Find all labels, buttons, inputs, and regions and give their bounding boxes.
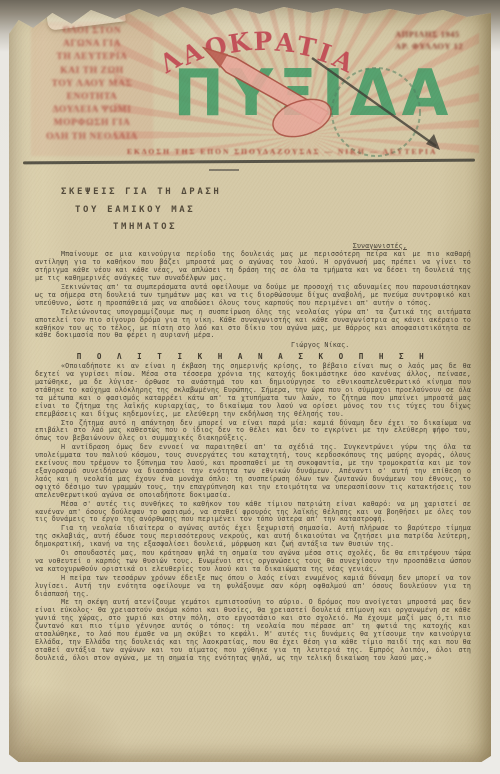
arched-title-letter: Α — [274, 28, 296, 59]
article-section-heading: Π Ο Λ Ι Τ Ι Κ Η Α Ν Α Σ Κ Ο Π Η Σ Η — [35, 353, 471, 361]
article-para: Στο ζήτημα αυτό η απάντηση δεν μπορεί να… — [35, 420, 471, 444]
article-signature: Γιώργος Νίκας. — [35, 342, 471, 350]
article-body: ΣΚΕΨΕΙΣ ΓΙΑ ΤΗ ΔΡΑΣΗ ΤΟΥ ΕΑΜΙΚΟΥ ΜΑΣ ΤΜΗ… — [35, 180, 471, 762]
arched-title-letter: Κ — [227, 27, 253, 59]
newspaper-title: ΠΥΞΙΔΑ — [127, 60, 500, 127]
article-para: Μέσα σ' αυτές τις συνθήκες το καθήκον το… — [35, 501, 471, 525]
masthead: ΟΛΟΙ ΣΤΟΝΑΓΩΝΑ ΓΙΑΤΗ ΛΕΥΤΕΡΙΑΚΑΙ ΤΗ ΖΩΗΤ… — [9, 4, 491, 176]
text-line: ΑΡ. ΦΥΛΛΟΥ 12 — [395, 40, 477, 52]
text-line: ΟΛΗ ΤΗ ΝΕΟΛΑΙΑ — [33, 131, 151, 144]
masthead-subtitle: ΕΚΔΟΣΗ ΤΗΣ ΕΠΟΝ ΣΠΟΥΔΑΖΟΥΣΑΣ — ΝΙΚΗ — ΛΕ… — [127, 147, 479, 156]
text-line: ΑΠΡΙΛΗΣ 1945 — [395, 28, 477, 40]
article-heading-line: ΣΚΕΨΕΙΣ ΓΙΑ ΤΗ ΔΡΑΣΗ — [61, 187, 221, 197]
text-line: ΟΛΟΙ ΣΤΟΝ — [33, 25, 151, 38]
article-para: Με τη σκέψη αυτή ατενίζουμε γεμάτοι εμπι… — [35, 599, 471, 662]
document-page: ΟΛΟΙ ΣΤΟΝΑΓΩΝΑ ΓΙΑΤΗ ΛΕΥΤΕΡΙΑΚΑΙ ΤΗ ΖΩΗΤ… — [9, 4, 491, 762]
article-heading-line: ΤΟΥ ΕΑΜΙΚΟΥ ΜΑΣ — [75, 202, 471, 220]
article-para: Τελειώνοντας υπογραμμίζουμε πως η συσπεί… — [35, 309, 471, 341]
article-heading-line: ΤΜΗΜΑΤΟΣ — [113, 219, 471, 237]
article-para: Η αντίδραση όμως δεν εννοεί να παραιτηθε… — [35, 444, 471, 499]
text-line: ΑΓΩΝΑ ΓΙΑ — [33, 38, 151, 51]
arched-title-letter: Ρ — [253, 27, 273, 57]
issue-date-block: ΑΠΡΙΛΗΣ 1945ΑΡ. ΦΥΛΛΟΥ 12 — [395, 28, 477, 52]
scanned-leaflet: ΟΛΟΙ ΣΤΟΝΑΓΩΝΑ ΓΙΑΤΗ ΛΕΥΤΕΡΙΑΚΑΙ ΤΗ ΖΩΗΤ… — [0, 0, 500, 774]
article-para: Ξεκινώντας απ' τα συμπεράσματα αυτά οφεί… — [35, 284, 471, 308]
article-para: Οι σπουδαστές μας, που κράτησαν ψηλά τη … — [35, 550, 471, 574]
masthead-rule — [23, 159, 475, 165]
article-heading: ΣΚΕΨΕΙΣ ΓΙΑ ΤΗ ΔΡΑΣΗ ΤΟΥ ΕΑΜΙΚΟΥ ΜΑΣ ΤΜΗ… — [61, 184, 471, 237]
article-salutation: Συναγωνιστές, — [35, 243, 471, 251]
article-paragraphs: Συναγωνιστές,Μπαίνουμε σε μια καινούργια… — [35, 243, 471, 663]
article-para: Μπαίνουμε σε μια καινούργια περίοδο της … — [35, 251, 471, 283]
article-para: Για τη νεολαία ιδιαίτερα ο αγώνας αυτός … — [35, 525, 471, 549]
masthead-rule-dash — [209, 169, 239, 171]
article-para: Η πείρα των τεσσάρων χρόνων έδειξε πως ό… — [35, 575, 471, 599]
article-para-quote: «Οποιαδήποτε κι αν είναι η έκβαση της ση… — [35, 363, 471, 418]
